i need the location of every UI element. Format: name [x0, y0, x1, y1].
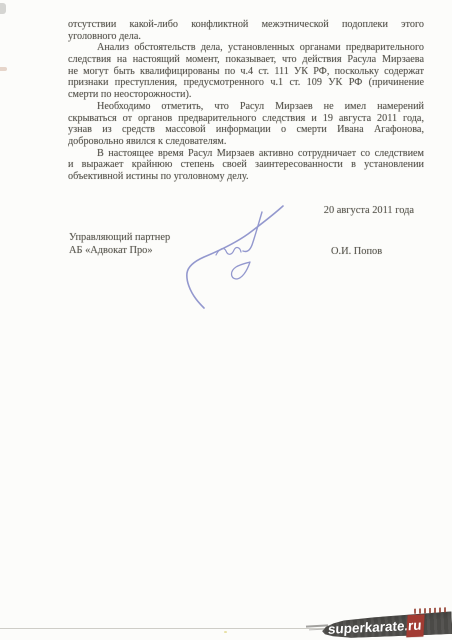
document-date: 20 августа 2011 года — [324, 205, 414, 216]
scanned-document-page: отсутствии какой-либо конфликтной межэтн… — [0, 0, 452, 640]
document-line: уголовного дела. — [68, 31, 424, 43]
document-text-block: отсутствии какой-либо конфликтной межэтн… — [68, 19, 424, 183]
document-line: Анализ обстоятельств дела, установленных… — [68, 42, 424, 54]
watermark-superkarate: superkarate.ru — [306, 596, 452, 640]
watermark-brush-tail — [306, 624, 328, 627]
watermark-text: superkarate.ru — [328, 613, 452, 640]
document-line: добровольно явился к следователям. — [68, 136, 424, 148]
watermark-brush-tail — [309, 629, 325, 631]
watermark-tld: ru — [407, 614, 425, 637]
signatory-name: О.И. Попов — [331, 246, 382, 257]
document-line: смерти по неосторожности). — [68, 89, 424, 101]
document-line: скрываться от органов предварительного с… — [68, 113, 424, 125]
handwritten-signature — [168, 195, 293, 313]
document-line: узнав из средств массовой информации о с… — [68, 124, 424, 136]
document-line: Необходимо отметить, что Расул Мирзаев н… — [68, 101, 424, 113]
signatory-title-line2: АБ «Адвокат Про» — [69, 244, 170, 257]
document-line: признаки преступления, предусмотренного … — [68, 77, 424, 89]
scan-speck — [224, 631, 227, 633]
document-line: и выражает крайнюю степень своей заинтер… — [68, 159, 424, 171]
document-line: не могут быть квалифицированы по ч.4 ст.… — [68, 66, 424, 78]
document-line: отсутствии какой-либо конфликтной межэтн… — [68, 19, 424, 31]
signatory-title: Управляющий партнер АБ «Адвокат Про» — [69, 231, 170, 257]
signatory-title-line1: Управляющий партнер — [69, 231, 170, 244]
watermark-site-name: superkarate. — [327, 616, 408, 639]
document-line: объективной истины по уголовному делу. — [68, 171, 424, 183]
scan-artifact-tick — [0, 67, 7, 71]
scan-artifact-corner — [0, 3, 6, 14]
document-line: следствия на настоящий момент, показывае… — [68, 54, 424, 66]
document-line: В настоящее время Расул Мирзаев активно … — [68, 148, 424, 160]
